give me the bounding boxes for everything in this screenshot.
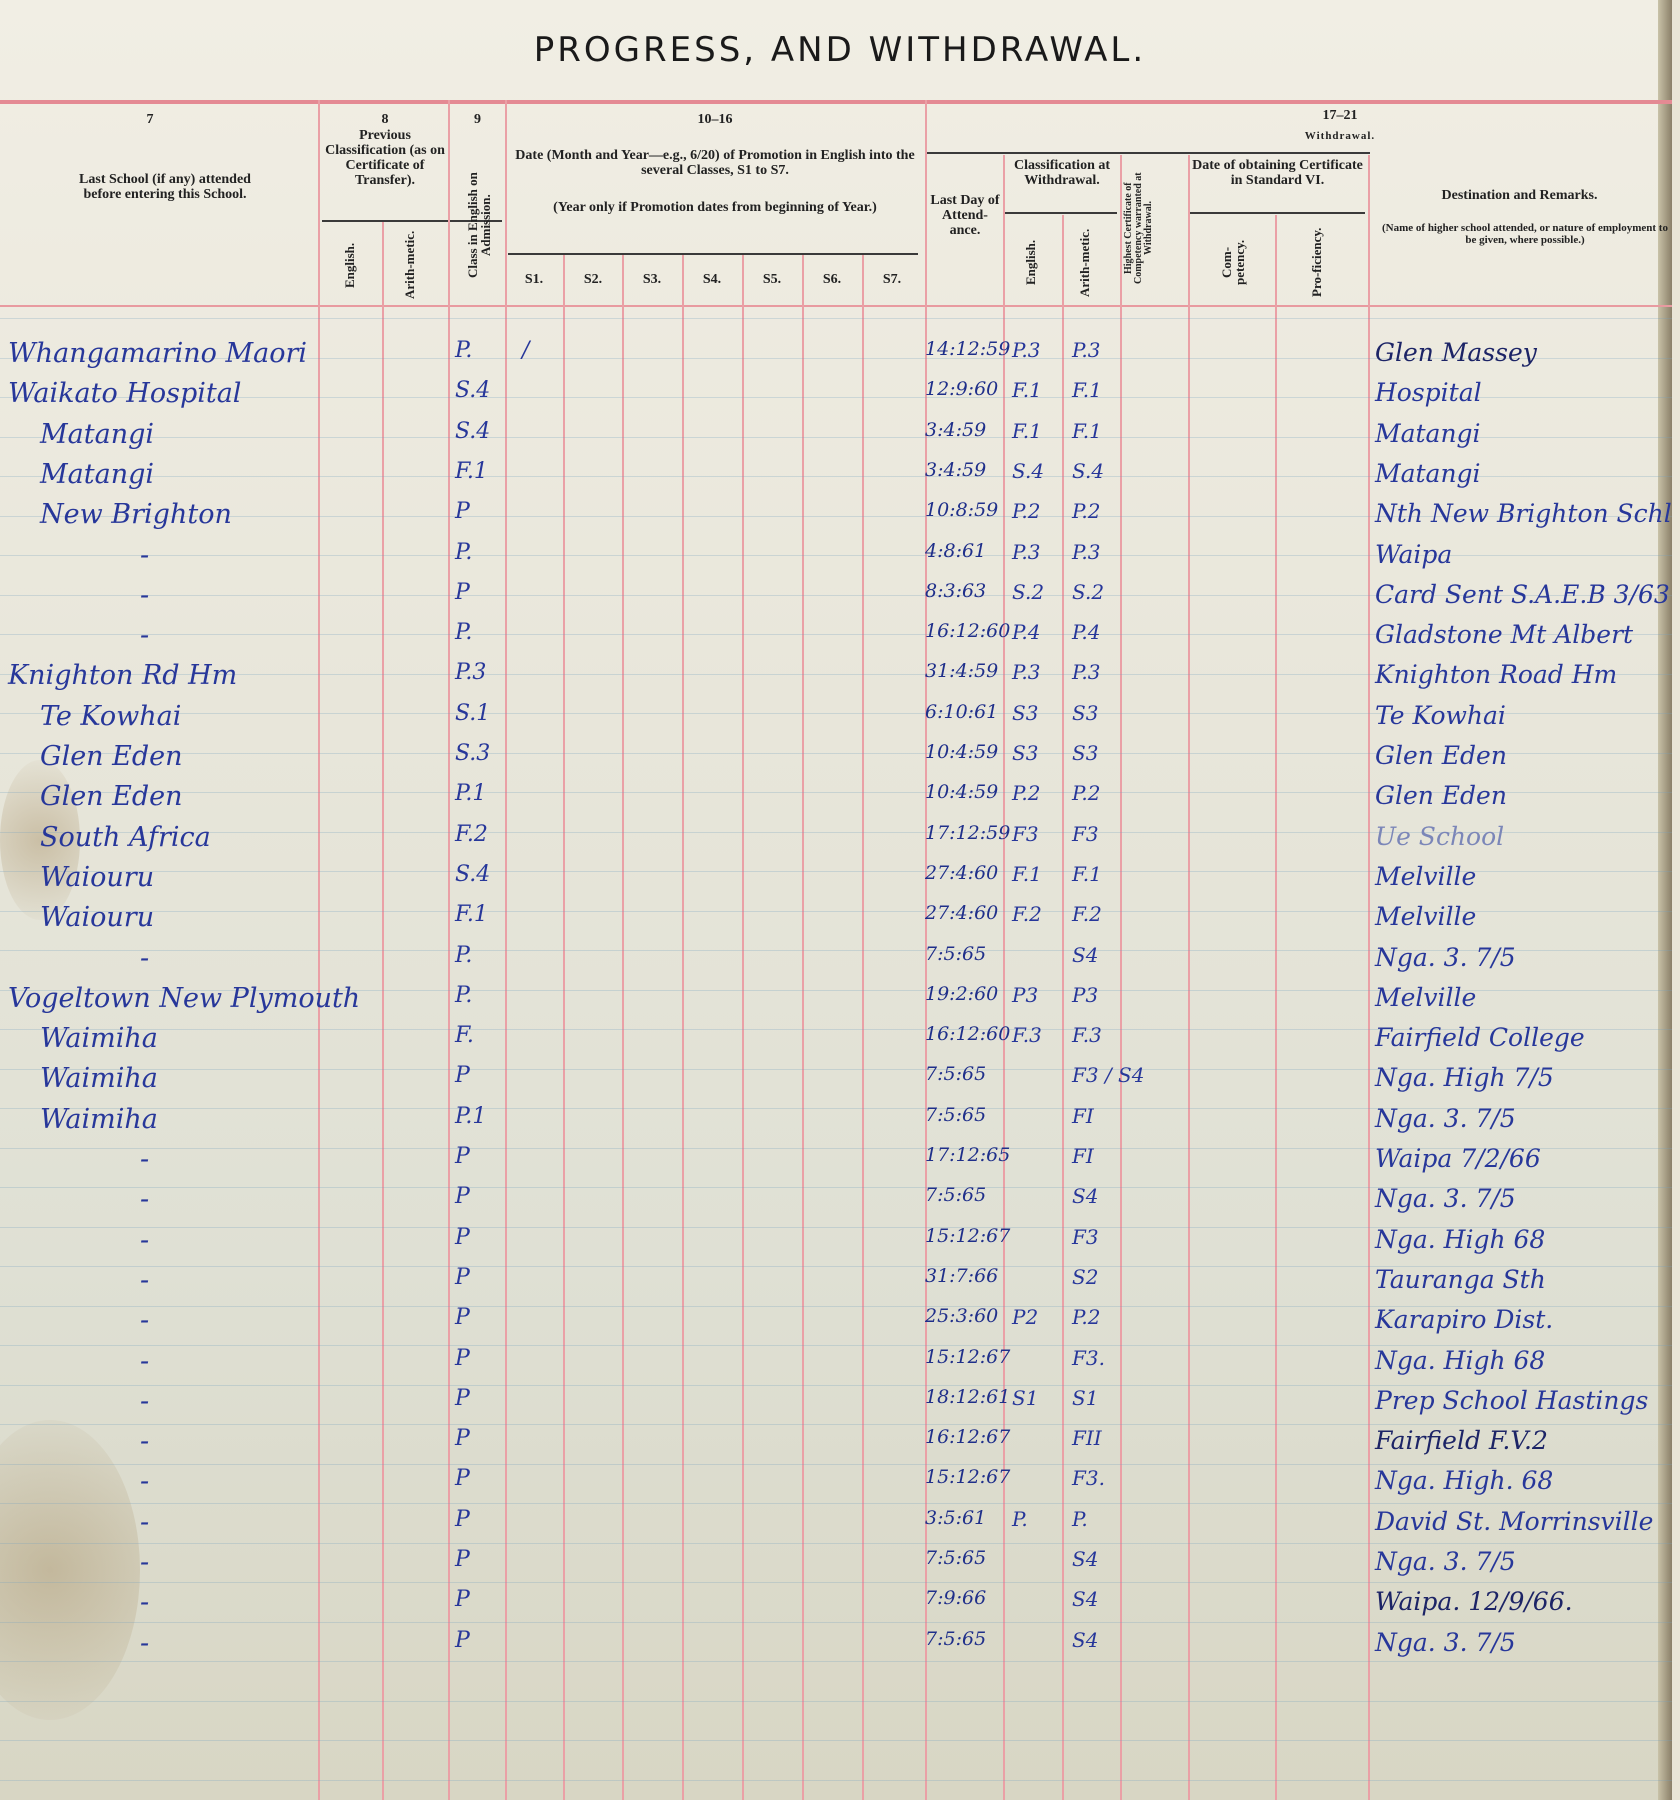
admission-class-cell: P: [455, 1587, 470, 1612]
destination-cell: Nga. 3. 7/5: [1375, 1547, 1516, 1576]
last-school-cell: Waimiha: [40, 1063, 158, 1094]
admission-class-cell: P: [455, 1386, 470, 1411]
highest-cert-label: Highest Certificate of Competency warran…: [1124, 158, 1186, 298]
admission-class-cell: P.: [455, 983, 472, 1008]
destination-cell: Card Sent S.A.E.B 3/63: [1375, 580, 1670, 609]
destination-cell: Melville: [1375, 902, 1476, 931]
destination-cell: Waipa. 12/9/66.: [1375, 1587, 1573, 1616]
withdrawal-arithmetic-cell: S4: [1072, 1587, 1098, 1611]
column-divider: [1368, 155, 1370, 1800]
proficiency-label: Pro-ficiency.: [1310, 225, 1323, 300]
withdrawal-arithmetic-cell: F.1: [1072, 419, 1102, 443]
col8-arithmetic: Arith-metic.: [403, 230, 416, 300]
last-attendance-cell: 18:12:61: [925, 1386, 1010, 1408]
page-title: PROGRESS, AND WITHDRAWAL.: [0, 30, 1680, 70]
withdrawal-english-cell: S1: [1012, 1386, 1038, 1410]
withdrawal-arithmetic-cell: FI: [1072, 1144, 1094, 1168]
last-school-cell: -: [140, 1587, 149, 1618]
divider: [1190, 212, 1365, 214]
withdrawal-arithmetic-cell: P.3: [1072, 338, 1101, 362]
withdrawal-english-cell: S.2: [1012, 580, 1044, 604]
admission-class-cell: S.1: [455, 701, 490, 726]
last-school-cell: -: [140, 580, 149, 611]
withdrawal-arithmetic-cell: S4: [1072, 1547, 1098, 1571]
class-s5: S5.: [747, 272, 797, 288]
class-s4: S4.: [687, 272, 737, 288]
last-school-cell: -: [140, 943, 149, 974]
destination-cell: Waipa 7/2/66: [1375, 1144, 1541, 1173]
withdrawal-arithmetic-cell: F.2: [1072, 902, 1102, 926]
withdrawal-arithmetic-cell: FI: [1072, 1104, 1094, 1128]
destination-label: Destination and Remarks.: [1372, 188, 1667, 203]
divider: [508, 253, 918, 255]
withdrawal-arithmetic-cell: F3: [1072, 822, 1099, 846]
last-school-cell: Te Kowhai: [40, 701, 181, 732]
destination-cell: Karapiro Dist.: [1375, 1305, 1553, 1334]
last-attendance-cell: 25:3:60: [925, 1305, 998, 1327]
withdrawal-arithmetic-cell: F.1: [1072, 862, 1102, 886]
destination-cell: Nga. High 68: [1375, 1346, 1545, 1375]
destination-cell: Nth New Brighton Schl: [1375, 499, 1672, 528]
last-attendance-cell: 3:4:59: [925, 459, 986, 481]
col7-label: Last School (if any) attended before ent…: [60, 172, 270, 202]
admission-class-cell: P: [455, 1265, 470, 1290]
last-school-cell: Vogeltown New Plymouth: [8, 983, 360, 1014]
divider: [925, 152, 1370, 154]
withdrawal-english-cell: S.4: [1012, 459, 1044, 483]
last-attendance-cell: 17:12:65: [925, 1144, 1010, 1166]
withdrawal-english-cell: P.3: [1012, 660, 1041, 684]
last-attendance-cell: 3:4:59: [925, 419, 986, 441]
admission-class-cell: P: [455, 1063, 470, 1088]
last-attendance-cell: 15:12:67: [925, 1346, 1010, 1368]
withdrawal-arithmetic-cell: P.2: [1072, 781, 1101, 805]
last-school-cell: -: [140, 1265, 149, 1296]
withdrawal-english-cell: F.1: [1012, 378, 1042, 402]
last-school-cell: Waimiha: [40, 1023, 158, 1054]
last-school-cell: -: [140, 1346, 149, 1377]
column-divider: [1120, 155, 1122, 1800]
col10-16-number: 10–16: [505, 112, 925, 127]
admission-class-cell: F.1: [455, 902, 488, 927]
withdrawal-group: Withdrawal.: [1170, 130, 1510, 142]
withdrawal-arithmetic-cell: S4: [1072, 1184, 1098, 1208]
last-school-cell: -: [140, 540, 149, 571]
destination-cell: Fairfield F.V.2: [1375, 1426, 1548, 1455]
admission-class-cell: P.1: [455, 1104, 486, 1129]
last-attendance-cell: 7:5:65: [925, 1628, 986, 1650]
last-attendance-cell: 10:4:59: [925, 781, 998, 803]
withdrawal-english-cell: S3: [1012, 741, 1038, 765]
last-attendance-cell: 7:5:65: [925, 1184, 986, 1206]
register-page: PROGRESS, AND WITHDRAWAL. 7 Last School …: [0, 0, 1672, 1800]
last-attendance-cell: 6:10:61: [925, 701, 998, 723]
last-school-cell: Waikato Hospital: [8, 378, 241, 409]
admission-class-cell: P.3: [455, 660, 486, 685]
last-school-cell: -: [140, 1547, 149, 1578]
last-attendance-cell: 16:12:67: [925, 1426, 1010, 1448]
col8-english: English.: [343, 230, 356, 300]
last-attendance-cell: 4:8:61: [925, 540, 986, 562]
promotion-s1-cell: /: [522, 338, 529, 363]
admission-class-cell: P: [455, 1184, 470, 1209]
col9-number: 9: [450, 112, 505, 127]
withdrawal-english-cell: P.3: [1012, 540, 1041, 564]
ruled-line: [0, 1661, 1672, 1662]
destination-cell: Hospital: [1375, 378, 1482, 407]
class-s3: S3.: [627, 272, 677, 288]
last-attendance-cell: 10:8:59: [925, 499, 998, 521]
ruled-line: [0, 318, 1672, 319]
last-attendance-cell: 27:4:60: [925, 862, 998, 884]
last-school-cell: Glen Eden: [40, 741, 183, 772]
admission-class-cell: P: [455, 1225, 470, 1250]
destination-cell: Nga. 3. 7/5: [1375, 943, 1516, 972]
last-attendance-cell: 15:12:67: [925, 1466, 1010, 1488]
withdrawal-arithmetic-cell: F.1: [1072, 378, 1102, 402]
admission-class-cell: P: [455, 1547, 470, 1572]
admission-class-cell: P: [455, 1507, 470, 1532]
last-attendance-cell: 31:7:66: [925, 1265, 998, 1287]
last-school-cell: -: [140, 1184, 149, 1215]
admission-class-cell: F.1: [455, 459, 488, 484]
col8-label: Previous Classification (as on Certifica…: [325, 128, 445, 188]
destination-note: (Name of higher school attended, or natu…: [1380, 222, 1670, 246]
ruled-line: [0, 1582, 1672, 1583]
withdrawal-arithmetic-cell: S4: [1072, 1628, 1098, 1652]
last-attendance-cell: 31:4:59: [925, 660, 998, 682]
column-divider: [802, 255, 804, 1800]
last-school-cell: Matangi: [40, 419, 154, 450]
withdrawal-arithmetic-cell: F3: [1072, 1225, 1099, 1249]
column-divider: [742, 255, 744, 1800]
last-attendance-cell: 8:3:63: [925, 580, 986, 602]
destination-cell: Gladstone Mt Albert: [1375, 620, 1633, 649]
withdrawal-english-cell: F.1: [1012, 419, 1042, 443]
admission-class-cell: P.: [455, 943, 472, 968]
withdrawal-english-cell: F.3: [1012, 1023, 1042, 1047]
ruled-line: [0, 1622, 1672, 1623]
admission-class-cell: P: [455, 1466, 470, 1491]
destination-cell: Nga. High. 68: [1375, 1466, 1553, 1495]
withdrawal-arithmetic-cell: P.2: [1072, 1305, 1101, 1329]
withdrawal-arithmetic-cell: P.4: [1072, 620, 1101, 644]
last-attendance-cell: 12:9:60: [925, 378, 998, 400]
column-divider: [1275, 215, 1277, 1800]
admission-class-cell: P: [455, 1346, 470, 1371]
ruled-line: [0, 1464, 1672, 1465]
withdrawal-english: English.: [1024, 225, 1037, 300]
withdrawal-arithmetic-cell: S3: [1072, 701, 1098, 725]
admission-class-cell: S.4: [455, 378, 490, 403]
withdrawal-arithmetic-cell: FII: [1072, 1426, 1102, 1450]
withdrawal-arithmetic-cell: P.3: [1072, 540, 1101, 564]
withdrawal-arithmetic: Arith-metic.: [1078, 225, 1091, 300]
last-attendance-cell: 14:12:59: [925, 338, 1010, 360]
last-attendance-cell: 10:4:59: [925, 741, 998, 763]
admission-class-cell: P.: [455, 338, 472, 363]
withdrawal-arithmetic-cell: F3.: [1072, 1466, 1105, 1490]
classification-label: Classification at Withdrawal.: [1005, 158, 1119, 188]
admission-class-cell: S.3: [455, 741, 490, 766]
admission-class-cell: P.: [455, 540, 472, 565]
col9-label: Class in English on Admission.: [466, 150, 492, 300]
column-divider: [382, 222, 384, 1800]
last-school-cell: Waiouru: [40, 902, 154, 933]
last-school-cell: -: [140, 1426, 149, 1457]
date-cert-label: Date of obtaining Certificate in Standar…: [1190, 158, 1365, 188]
top-rule: [0, 100, 1672, 104]
withdrawal-english-cell: S3: [1012, 701, 1038, 725]
competency-label: Com-petency.: [1220, 225, 1246, 300]
last-school-cell: South Africa: [40, 822, 211, 853]
book-spine: [1658, 0, 1672, 1800]
col10-16-note: (Year only if Promotion dates from begin…: [515, 200, 915, 215]
column-divider: [622, 255, 624, 1800]
destination-cell: Glen Eden: [1375, 741, 1507, 770]
admission-class-cell: P: [455, 1426, 470, 1451]
column-divider: [862, 255, 864, 1800]
ruled-line: [0, 1701, 1672, 1702]
last-school-cell: Matangi: [40, 459, 154, 490]
destination-cell: Nga. 3. 7/5: [1375, 1104, 1516, 1133]
class-s6: S6.: [807, 272, 857, 288]
last-school-cell: -: [140, 620, 149, 651]
admission-class-cell: P.1: [455, 781, 486, 806]
last-school-cell: Waiouru: [40, 862, 154, 893]
destination-cell: Melville: [1375, 983, 1476, 1012]
col17-21-number: 17–21: [1150, 108, 1530, 123]
column-divider: [1188, 155, 1190, 1800]
destination-cell: Glen Eden: [1375, 781, 1507, 810]
withdrawal-arithmetic-cell: P.: [1072, 1507, 1088, 1531]
column-divider: [1062, 215, 1064, 1800]
withdrawal-arithmetic-cell: S.2: [1072, 580, 1104, 604]
admission-class-cell: F.2: [455, 822, 488, 847]
last-attendance-cell: 19:2:60: [925, 983, 998, 1005]
destination-cell: Nga. High 7/5: [1375, 1063, 1554, 1092]
last-attendance-cell: 7:5:65: [925, 943, 986, 965]
column-divider: [563, 255, 565, 1800]
destination-cell: Nga. 3. 7/5: [1375, 1184, 1516, 1213]
destination-cell: Knighton Road Hm: [1375, 660, 1617, 689]
destination-cell: Waipa: [1375, 540, 1452, 569]
admission-class-cell: P.: [455, 620, 472, 645]
ruled-line: [0, 1503, 1672, 1504]
last-attendance-cell: 15:12:67: [925, 1225, 1010, 1247]
last-attendance-cell: 17:12:59: [925, 822, 1010, 844]
admission-class-cell: P: [455, 580, 470, 605]
column-divider: [682, 255, 684, 1800]
withdrawal-english-cell: P2: [1012, 1305, 1038, 1329]
admission-class-cell: S.4: [455, 862, 490, 887]
destination-cell: Matangi: [1375, 419, 1481, 448]
withdrawal-english-cell: P.: [1012, 1507, 1028, 1531]
last-day-label: Last Day of Attend-ance.: [928, 193, 1002, 238]
divider: [1005, 212, 1117, 214]
last-attendance-cell: 16:12:60: [925, 1023, 1010, 1045]
last-attendance-cell: 7:5:65: [925, 1547, 986, 1569]
last-school-cell: -: [140, 1225, 149, 1256]
admission-class-cell: S.4: [455, 419, 490, 444]
destination-cell: Glen Massey: [1375, 338, 1537, 367]
last-attendance-cell: 27:4:60: [925, 902, 998, 924]
last-school-cell: New Brighton: [40, 499, 232, 530]
destination-cell: Ue School: [1375, 822, 1504, 851]
ruled-line: [0, 1424, 1672, 1425]
col7-number: 7: [120, 112, 180, 127]
withdrawal-arithmetic-cell: P3: [1072, 983, 1098, 1007]
destination-cell: Fairfield College: [1375, 1023, 1585, 1052]
withdrawal-arithmetic-cell: P.3: [1072, 660, 1101, 684]
withdrawal-english-cell: P3: [1012, 983, 1038, 1007]
last-school-cell: -: [140, 1144, 149, 1175]
withdrawal-arithmetic-cell: S1: [1072, 1386, 1098, 1410]
last-school-cell: -: [140, 1305, 149, 1336]
withdrawal-english-cell: F.2: [1012, 902, 1042, 926]
last-attendance-cell: 7:5:65: [925, 1063, 986, 1085]
col10-16-label: Date (Month and Year—e.g., 6/20) of Prom…: [515, 148, 915, 178]
last-school-cell: Glen Eden: [40, 781, 183, 812]
withdrawal-arithmetic-cell: F.3: [1072, 1023, 1102, 1047]
last-attendance-cell: 3:5:61: [925, 1507, 986, 1529]
last-school-cell: -: [140, 1628, 149, 1659]
withdrawal-arithmetic-cell: S4: [1072, 943, 1098, 967]
destination-cell: Tauranga Sth: [1375, 1265, 1546, 1294]
destination-cell: Matangi: [1375, 459, 1481, 488]
admission-class-cell: P: [455, 1305, 470, 1330]
withdrawal-english-cell: P.3: [1012, 338, 1041, 362]
class-s2: S2.: [568, 272, 618, 288]
column-divider: [1003, 155, 1005, 1800]
last-school-cell: -: [140, 1466, 149, 1497]
destination-cell: Nga. 3. 7/5: [1375, 1628, 1516, 1657]
destination-cell: Prep School Hastings: [1375, 1386, 1648, 1415]
admission-class-cell: P: [455, 1144, 470, 1169]
ruled-line: [0, 1543, 1672, 1544]
ruled-line: [0, 1780, 1672, 1781]
water-stain: [0, 1420, 140, 1720]
withdrawal-english-cell: P.2: [1012, 499, 1041, 523]
withdrawal-arithmetic-cell: P.2: [1072, 499, 1101, 523]
admission-class-cell: P: [455, 499, 470, 524]
admission-class-cell: P: [455, 1628, 470, 1653]
last-school-cell: -: [140, 1507, 149, 1538]
last-school-cell: Whangamarino Maori: [8, 338, 307, 369]
withdrawal-english-cell: P.2: [1012, 781, 1041, 805]
withdrawal-arithmetic-cell: F3 / S4: [1072, 1063, 1144, 1087]
withdrawal-arithmetic-cell: S.4: [1072, 459, 1104, 483]
withdrawal-arithmetic-cell: S2: [1072, 1265, 1098, 1289]
admission-class-cell: F.: [455, 1023, 474, 1048]
ruled-line: [0, 1740, 1672, 1741]
withdrawal-english-cell: P.4: [1012, 620, 1041, 644]
class-s1: S1.: [509, 272, 559, 288]
last-school-cell: -: [140, 1386, 149, 1417]
col8-number: 8: [320, 112, 450, 127]
destination-cell: Nga. High 68: [1375, 1225, 1545, 1254]
destination-cell: David St. Morrinsville: [1375, 1507, 1653, 1536]
withdrawal-english-cell: F3: [1012, 822, 1039, 846]
last-school-cell: Waimiha: [40, 1104, 158, 1135]
destination-cell: Melville: [1375, 862, 1476, 891]
class-s7: S7.: [867, 272, 917, 288]
last-attendance-cell: 16:12:60: [925, 620, 1010, 642]
withdrawal-arithmetic-cell: F3.: [1072, 1346, 1105, 1370]
last-attendance-cell: 7:9:66: [925, 1587, 986, 1609]
last-school-cell: Knighton Rd Hm: [8, 660, 237, 691]
last-attendance-cell: 7:5:65: [925, 1104, 986, 1126]
header-bottom-rule: [0, 305, 1672, 307]
withdrawal-arithmetic-cell: S3: [1072, 741, 1098, 765]
withdrawal-english-cell: F.1: [1012, 862, 1042, 886]
destination-cell: Te Kowhai: [1375, 701, 1506, 730]
